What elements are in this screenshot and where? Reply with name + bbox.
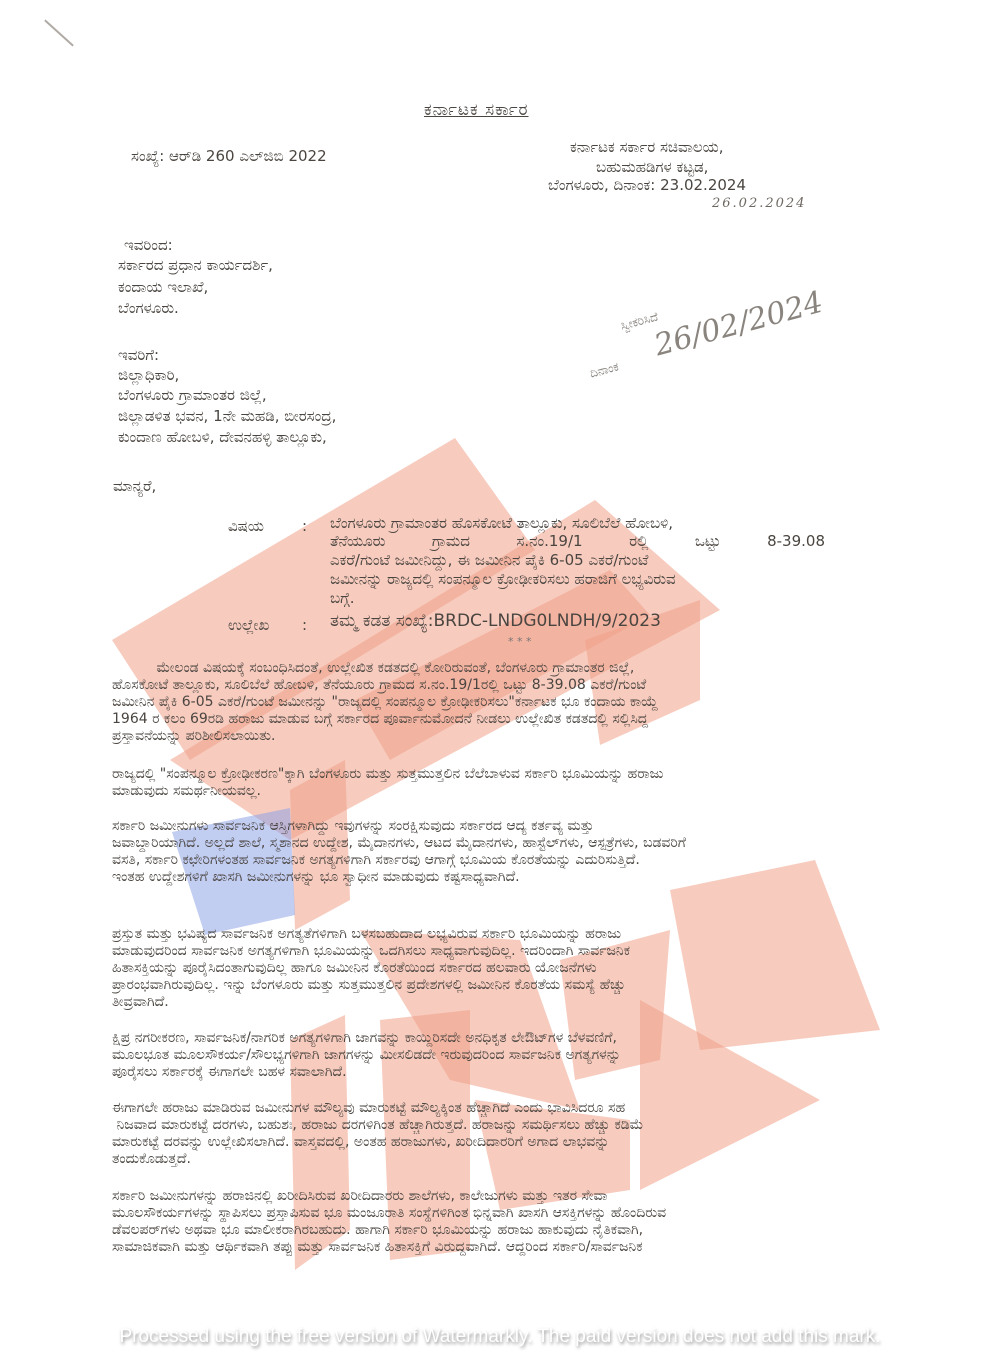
paragraph-7-line: ಡೆವಲಪರ್‌ಗಳು ಅಥವಾ ಭೂ ಮಾಲೀಕರಾಗಿರಬಹುದು. ಹಾಗ…: [112, 1222, 917, 1239]
subject-line-2: ತೆನೆಯೂರು ಗ್ರಾಮದ ಸ.ನಂ.19/1 ರಲ್ಲಿ ಒಟ್ಟು 8-…: [330, 532, 825, 551]
paragraph-5-line: ಕ್ಷಿಪ್ರ ನಗರೀಕರಣ, ಸಾರ್ವಜನಿಕ/ನಾಗರಿಕ ಅಗತ್ಯಗ…: [112, 1030, 917, 1047]
paragraph-3-line: ಸರ್ಕಾರಿ ಜಮೀನುಗಳು ಸಾರ್ವಜನಿಕ ಆಸ್ತಿಗಳಾಗಿದ್ದ…: [112, 818, 917, 835]
paragraph-5-line: ಪೂರೈಸಲು ಸರ್ಕಾರಕ್ಕೆ ಈಗಾಗಲೇ ಬಹಳ ಸವಾಲಾಗಿದೆ.: [112, 1064, 917, 1081]
to-line-1: ಜಿಲ್ಲಾಧಿಕಾರಿ,: [118, 366, 179, 385]
to-line-4: ಕುಂದಾಣ ಹೋಬಳಿ, ದೇವನಹಳ್ಳಿ ತಾಲ್ಲೂಕು,: [118, 428, 327, 447]
paragraph-4-line: ತೀವ್ರವಾಗಿದೆ.: [112, 994, 917, 1011]
office-date: ಬೆಂಗಳೂರು, ದಿನಾಂಕ: 23.02.2024: [548, 176, 746, 195]
paragraph-7-line: ಮೂಲಸೌಕರ್ಯಗಳನ್ನು ಸ್ಥಾಪಿಸಲು ಪ್ರಸ್ತಾಪಿಸುವ ಭ…: [112, 1205, 917, 1222]
from-line-2: ಕಂದಾಯ ಇಲಾಖೆ,: [118, 278, 208, 297]
from-line-3: ಬೆಂಗಳೂರು.: [118, 299, 179, 318]
from-label: ಇವರಿಂದ:: [124, 236, 173, 255]
paragraph-2-line: ರಾಜ್ಯದಲ್ಲಿ "ಸಂಪನ್ಮೂಲ ಕ್ರೋಢೀಕರಣ"ಕ್ಕಾಗಿ ಬೆ…: [112, 766, 917, 783]
paragraph-4: ಪ್ರಸ್ತುತ ಮತ್ತು ಭವಿಷ್ಯದ ಸಾರ್ವಜನಿಕ ಅಗತ್ಯತೆ…: [112, 926, 917, 1011]
subject-line-4: ಜಮೀನನ್ನು ರಾಜ್ಯದಲ್ಲಿ ಸಂಪನ್ಮೂಲ ಕ್ರೋಢೀಕರಿಸಲ…: [330, 570, 676, 589]
paragraph-4-line: ಪ್ರಾರಂಭವಾಗಿರುವುದಿಲ್ಲ. ಇನ್ನು ಬೆಂಗಳೂರು ಮತ್…: [112, 977, 917, 994]
paragraph-6-line: ನಿಜವಾದ ಮಾರುಕಟ್ಟೆ ದರಗಳು, ಬಹುಶಃ, ಹರಾಜು ದರಗ…: [112, 1117, 917, 1134]
paragraph-1-line: ಜಮೀನಿನ ಪೈಕಿ 6-05 ಎಕರೆ/ಗುಂಟೆ ಜಮೀನನ್ನು "ರಾ…: [112, 694, 917, 711]
from-line-1: ಸರ್ಕಾರದ ಪ್ರಧಾನ ಕಾರ್ಯದರ್ಶಿ,: [118, 256, 273, 275]
reference-text: ತಮ್ಮ ಕಡತ ಸಂಖ್ಯೆ:BRDC-LNDG0LNDH/9/2023: [330, 611, 661, 631]
paragraph-4-line: ಹಿತಾಸಕ್ತಿಯನ್ನು ಪೂರೈಸಿದಂತಾಗುವುದಿಲ್ಲ ಹಾಗೂ …: [112, 960, 917, 977]
subject-line-3: ಎಕರೆ/ಗುಂಟೆ ಜಮೀನಿದ್ದು, ಈ ಜಮೀನಿನ ಪೈಕಿ 6-05…: [330, 551, 648, 570]
document-title: ಕರ್ನಾಟಕ ಸರ್ಕಾರ: [424, 100, 529, 120]
handwritten-date: 26.02.2024: [712, 196, 806, 211]
watermark-text: Processed using the free version of Wate…: [0, 1326, 1000, 1348]
salutation: ಮಾನ್ಯರೆ,: [113, 477, 156, 496]
office-address-line-1: ಕರ್ನಾಟಕ ಸರ್ಕಾರ ಸಚಿವಾಲಯ,: [570, 138, 723, 157]
reference-separator: :: [302, 616, 307, 634]
subject-separator: :: [302, 517, 307, 535]
paragraph-6-line: ಈಗಾಗಲೇ ಹರಾಜು ಮಾಡಿರುವ ಜಮೀನುಗಳ ಮೌಲ್ಯವು ಮಾರ…: [112, 1100, 917, 1117]
to-label: ಇವರಿಗೆ:: [118, 346, 159, 365]
paragraph-6: ಈಗಾಗಲೇ ಹರಾಜು ಮಾಡಿರುವ ಜಮೀನುಗಳ ಮೌಲ್ಯವು ಮಾರ…: [112, 1100, 917, 1168]
reference-number: ಸಂಖ್ಯೆ: ಆರ್‌ಡಿ 260 ಎಲ್‌ಜಿಬಿ 2022: [131, 147, 327, 166]
paragraph-5-line: ಮೂಲಭೂತ ಮೂಲಸೌಕರ್ಯ/ಸೌಲಭ್ಯಗಳಿಗಾಗಿ ಜಾಗಗಳನ್ನು…: [112, 1047, 917, 1064]
office-address-line-2: ಬಹುಮಹಡಿಗಳ ಕಟ್ಟಡ,: [596, 158, 708, 177]
subject-line-5: ಬಗ್ಗೆ.: [330, 589, 355, 608]
document-page: ಕರ್ನಾಟಕ ಸರ್ಕಾರ ಸಂಖ್ಯೆ: ಆರ್‌ಡಿ 260 ಎಲ್‌ಜಿ…: [0, 0, 1000, 1372]
paragraph-2: ರಾಜ್ಯದಲ್ಲಿ "ಸಂಪನ್ಮೂಲ ಕ್ರೋಢೀಕರಣ"ಕ್ಕಾಗಿ ಬೆ…: [112, 766, 917, 800]
to-line-3: ಜಿಲ್ಲಾಡಳಿತ ಭವನ, 1ನೇ ಮಹಡಿ, ಬೀರಸಂದ್ರ,: [118, 407, 336, 426]
received-stamp: ಸ್ವೀಕರಿಸಿದೆ ದಿನಾಂಕ 26/02/2024: [560, 230, 847, 396]
paragraph-6-line: ಮಾರುಕಟ್ಟೆ ದರವನ್ನು ಉಲ್ಲೇಖಿಸಲಾಗಿದೆ. ವಾಸ್ತವ…: [112, 1134, 917, 1151]
stamp-handwritten-date: 26/02/2024: [651, 285, 827, 364]
paragraph-6-line: ತಂದುಕೊಡುತ್ತದೆ.: [112, 1151, 917, 1168]
paragraph-1-line: ಪ್ರಸ್ತಾವನೆಯನ್ನು ಪರಿಶೀಲಿಸಲಾಯಿತು.: [112, 728, 917, 745]
paragraph-1-line: ಹೊಸಕೋಟೆ ತಾಲ್ಲೂಕು, ಸೂಲಿಬೆಲೆ ಹೋಬಳಿ, ತೆನೆಯೂ…: [112, 677, 917, 694]
subject-label: ವಿಷಯ: [228, 517, 264, 535]
paragraph-1: ಮೇಲಂಡ ವಿಷಯಕ್ಕೆ ಸಂಬಂಧಿಸಿದಂತೆ, ಉಲ್ಲೇಖಿತ ಕಡ…: [112, 660, 917, 745]
paragraph-1-line: ಮೇಲಂಡ ವಿಷಯಕ್ಕೆ ಸಂಬಂಧಿಸಿದಂತೆ, ಉಲ್ಲೇಖಿತ ಕಡ…: [112, 660, 917, 677]
subject-line-1: ಬೆಂಗಳೂರು ಗ್ರಾಮಾಂತರ ಹೊಸಕೋಟೆ ತಾಲ್ಲೂಕು, ಸೂಲ…: [330, 514, 673, 533]
paragraph-3-line: ಇಂತಹ ಉದ್ದೇಶಗಳಿಗೆ ಖಾಸಗಿ ಜಮೀನುಗಳನ್ನು ಭೂ ಸ್…: [112, 869, 917, 886]
section-divider: * * *: [508, 635, 532, 648]
paragraph-3-line: ವಸತಿ, ಸರ್ಕಾರಿ ಕಛೇರಿಗಳಂತಹ ಸಾರ್ವಜನಿಕ ಅಗತ್ಯ…: [112, 852, 917, 869]
to-line-2: ಬೆಂಗಳೂರು ಗ್ರಾಮಾಂತರ ಜಿಲ್ಲೆ,: [118, 386, 267, 405]
reference-label: ಉಲ್ಲೇಖ: [228, 616, 269, 634]
paragraph-7-line: ಸಾಮಾಜಿಕವಾಗಿ ಮತ್ತು ಆರ್ಥಿಕವಾಗಿ ತಪ್ಪು ಮತ್ತು…: [112, 1239, 917, 1256]
stamp-label-bottom: ದಿನಾಂಕ: [588, 359, 620, 381]
paragraph-2-line: ಮಾಡುವುದು ಸಮರ್ಥನೀಯವಲ್ಲ.: [112, 783, 917, 800]
paragraph-3: ಸರ್ಕಾರಿ ಜಮೀನುಗಳು ಸಾರ್ವಜನಿಕ ಆಸ್ತಿಗಳಾಗಿದ್ದ…: [112, 818, 917, 886]
paragraph-7-line: ಸರ್ಕಾರಿ ಜಮೀನುಗಳನ್ನು ಹರಾಜಿನಲ್ಲಿ ಖರೀದಿಸಿರು…: [112, 1188, 917, 1205]
paragraph-5: ಕ್ಷಿಪ್ರ ನಗರೀಕರಣ, ಸಾರ್ವಜನಿಕ/ನಾಗರಿಕ ಅಗತ್ಯಗ…: [112, 1030, 917, 1081]
paragraph-4-line: ಮಾಡುವುದರಿಂದ ಸಾರ್ವಜನಿಕ ಅಗತ್ಯಗಳಿಗಾಗಿ ಭೂಮಿಯ…: [112, 943, 917, 960]
paragraph-7: ಸರ್ಕಾರಿ ಜಮೀನುಗಳನ್ನು ಹರಾಜಿನಲ್ಲಿ ಖರೀದಿಸಿರು…: [112, 1188, 917, 1256]
paragraph-1-line: 1964 ರ ಕಲಂ 69ರಡಿ ಹರಾಜು ಮಾಡುವ ಬಗ್ಗೆ ಸರ್ಕಾ…: [112, 711, 917, 728]
paragraph-3-line: ಜವಾಬ್ದಾರಿಯಾಗಿದೆ. ಅಲ್ಲದೆ ಶಾಲೆ, ಸ್ಮಶಾನದ ಉದ…: [112, 835, 917, 852]
paragraph-4-line: ಪ್ರಸ್ತುತ ಮತ್ತು ಭವಿಷ್ಯದ ಸಾರ್ವಜನಿಕ ಅಗತ್ಯತೆ…: [112, 926, 917, 943]
pen-mark: [44, 20, 74, 47]
